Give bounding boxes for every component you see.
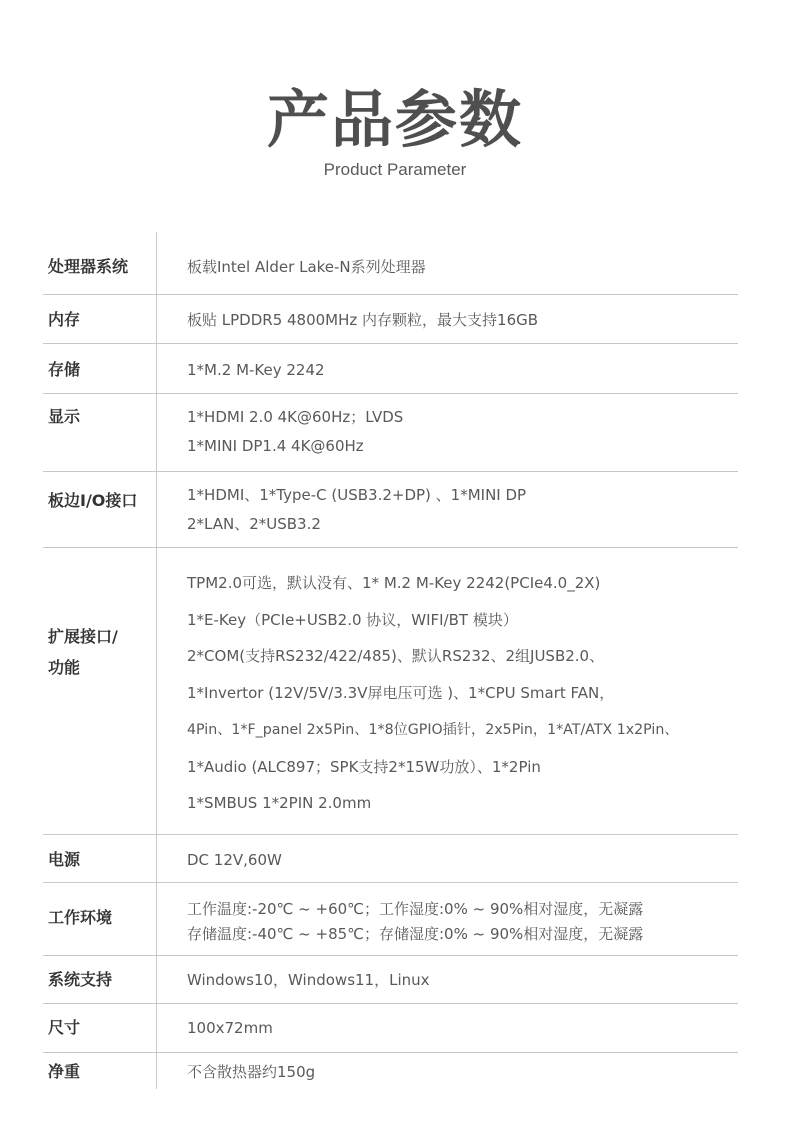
spec-row-expansion: 扩展接口/ 功能 TPM2.0可选，默认没有、1* M.2 M-Key 2242… — [43, 548, 738, 835]
spec-row-display: 显示 1*HDMI 2.0 4K@60Hz；LVDS 1*MINI DP1.4 … — [43, 394, 738, 472]
spec-value-line: 工作温度:-20℃ ~ +60℃；工作湿度:0% ~ 90%相对湿度，无凝露 — [187, 897, 643, 922]
page-title: 产品参数 — [0, 82, 790, 158]
spec-value-line: TPM2.0可选，默认没有、1* M.2 M-Key 2242(PCIe4.0_… — [187, 565, 679, 602]
spec-value: 100x72mm — [187, 1013, 273, 1043]
spec-value-line: 1*HDMI 2.0 4K@60Hz；LVDS — [187, 403, 403, 432]
spec-label: 板边I/O接口 — [48, 486, 137, 516]
spec-row-os-support: 系统支持 Windows10，Windows11，Linux — [43, 956, 738, 1004]
spec-label: 显示 — [48, 402, 80, 432]
spec-value: Windows10，Windows11，Linux — [187, 965, 430, 995]
spec-value: TPM2.0可选，默认没有、1* M.2 M-Key 2242(PCIe4.0_… — [187, 565, 679, 822]
spec-value: DC 12V,60W — [187, 845, 282, 875]
spec-value-line: 100x72mm — [187, 1013, 273, 1043]
spec-value: 工作温度:-20℃ ~ +60℃；工作湿度:0% ~ 90%相对湿度，无凝露 存… — [187, 897, 643, 947]
spec-value-line: 不含散热器约150g — [187, 1057, 315, 1087]
spec-label: 扩展接口/ 功能 — [48, 621, 118, 683]
spec-label: 工作环境 — [48, 903, 112, 933]
spec-label-line: 功能 — [48, 652, 118, 683]
spec-label-line: 扩展接口/ — [48, 621, 118, 652]
spec-value-line: 1*MINI DP1.4 4K@60Hz — [187, 432, 403, 461]
spec-row-io-ports: 板边I/O接口 1*HDMI、1*Type-C (USB3.2+DP) 、1*M… — [43, 472, 738, 548]
spec-row-processor: 处理器系统 板载Intel Alder Lake-N系列处理器 — [43, 232, 738, 295]
spec-value: 板载Intel Alder Lake-N系列处理器 — [187, 252, 426, 282]
spec-label: 处理器系统 — [48, 252, 128, 282]
spec-label: 系统支持 — [48, 965, 112, 995]
spec-row-storage: 存储 1*M.2 M-Key 2242 — [43, 344, 738, 394]
spec-value-line: 板贴 LPDDR5 4800MHz 内存颗粒，最大支持16GB — [187, 305, 538, 335]
spec-label: 电源 — [48, 845, 80, 875]
spec-value: 板贴 LPDDR5 4800MHz 内存颗粒，最大支持16GB — [187, 305, 538, 335]
spec-label: 尺寸 — [48, 1013, 80, 1043]
spec-value-line: 1*Audio (ALC897；SPK支持2*15W功放）、1*2Pin — [187, 749, 679, 786]
spec-value-line: 4Pin、1*F_panel 2x5Pin、1*8位GPIO插针，2x5Pin，… — [187, 712, 679, 749]
spec-row-power: 电源 DC 12V,60W — [43, 835, 738, 883]
spec-row-memory: 内存 板贴 LPDDR5 4800MHz 内存颗粒，最大支持16GB — [43, 295, 738, 344]
spec-value-line: 2*COM(支持RS232/422/485)、默认RS232、2组JUSB2.0… — [187, 638, 679, 675]
spec-label: 存储 — [48, 355, 80, 385]
spec-value-line: 1*E-Key（PCIe+USB2.0 协议，WIFI/BT 模块） — [187, 602, 679, 639]
spec-value: 1*HDMI、1*Type-C (USB3.2+DP) 、1*MINI DP 2… — [187, 481, 526, 539]
spec-row-dimensions: 尺寸 100x72mm — [43, 1004, 738, 1053]
spec-value: 不含散热器约150g — [187, 1057, 315, 1087]
spec-value-line: 2*LAN、2*USB3.2 — [187, 510, 526, 539]
spec-row-weight: 净重 不含散热器约150g — [43, 1053, 738, 1089]
spec-label: 内存 — [48, 305, 80, 335]
spec-value-line: Windows10，Windows11，Linux — [187, 965, 430, 995]
spec-value-line: 板载Intel Alder Lake-N系列处理器 — [187, 252, 426, 282]
spec-value: 1*HDMI 2.0 4K@60Hz；LVDS 1*MINI DP1.4 4K@… — [187, 403, 403, 461]
spec-value-line: DC 12V,60W — [187, 845, 282, 875]
spec-value-line: 存储温度:-40℃ ~ +85℃；存储湿度:0% ~ 90%相对湿度，无凝露 — [187, 922, 643, 947]
spec-value: 1*M.2 M-Key 2242 — [187, 355, 325, 385]
spec-value-line: 1*HDMI、1*Type-C (USB3.2+DP) 、1*MINI DP — [187, 481, 526, 510]
page-subtitle: Product Parameter — [0, 159, 790, 181]
spec-row-environment: 工作环境 工作温度:-20℃ ~ +60℃；工作湿度:0% ~ 90%相对湿度，… — [43, 883, 738, 956]
spec-value-line: 1*Invertor (12V/5V/3.3V屏电压可选 )、1*CPU Sma… — [187, 675, 679, 712]
spec-label: 净重 — [48, 1057, 80, 1087]
spec-value-line: 1*M.2 M-Key 2242 — [187, 355, 325, 385]
spec-value-line: 1*SMBUS 1*2PIN 2.0mm — [187, 785, 679, 822]
